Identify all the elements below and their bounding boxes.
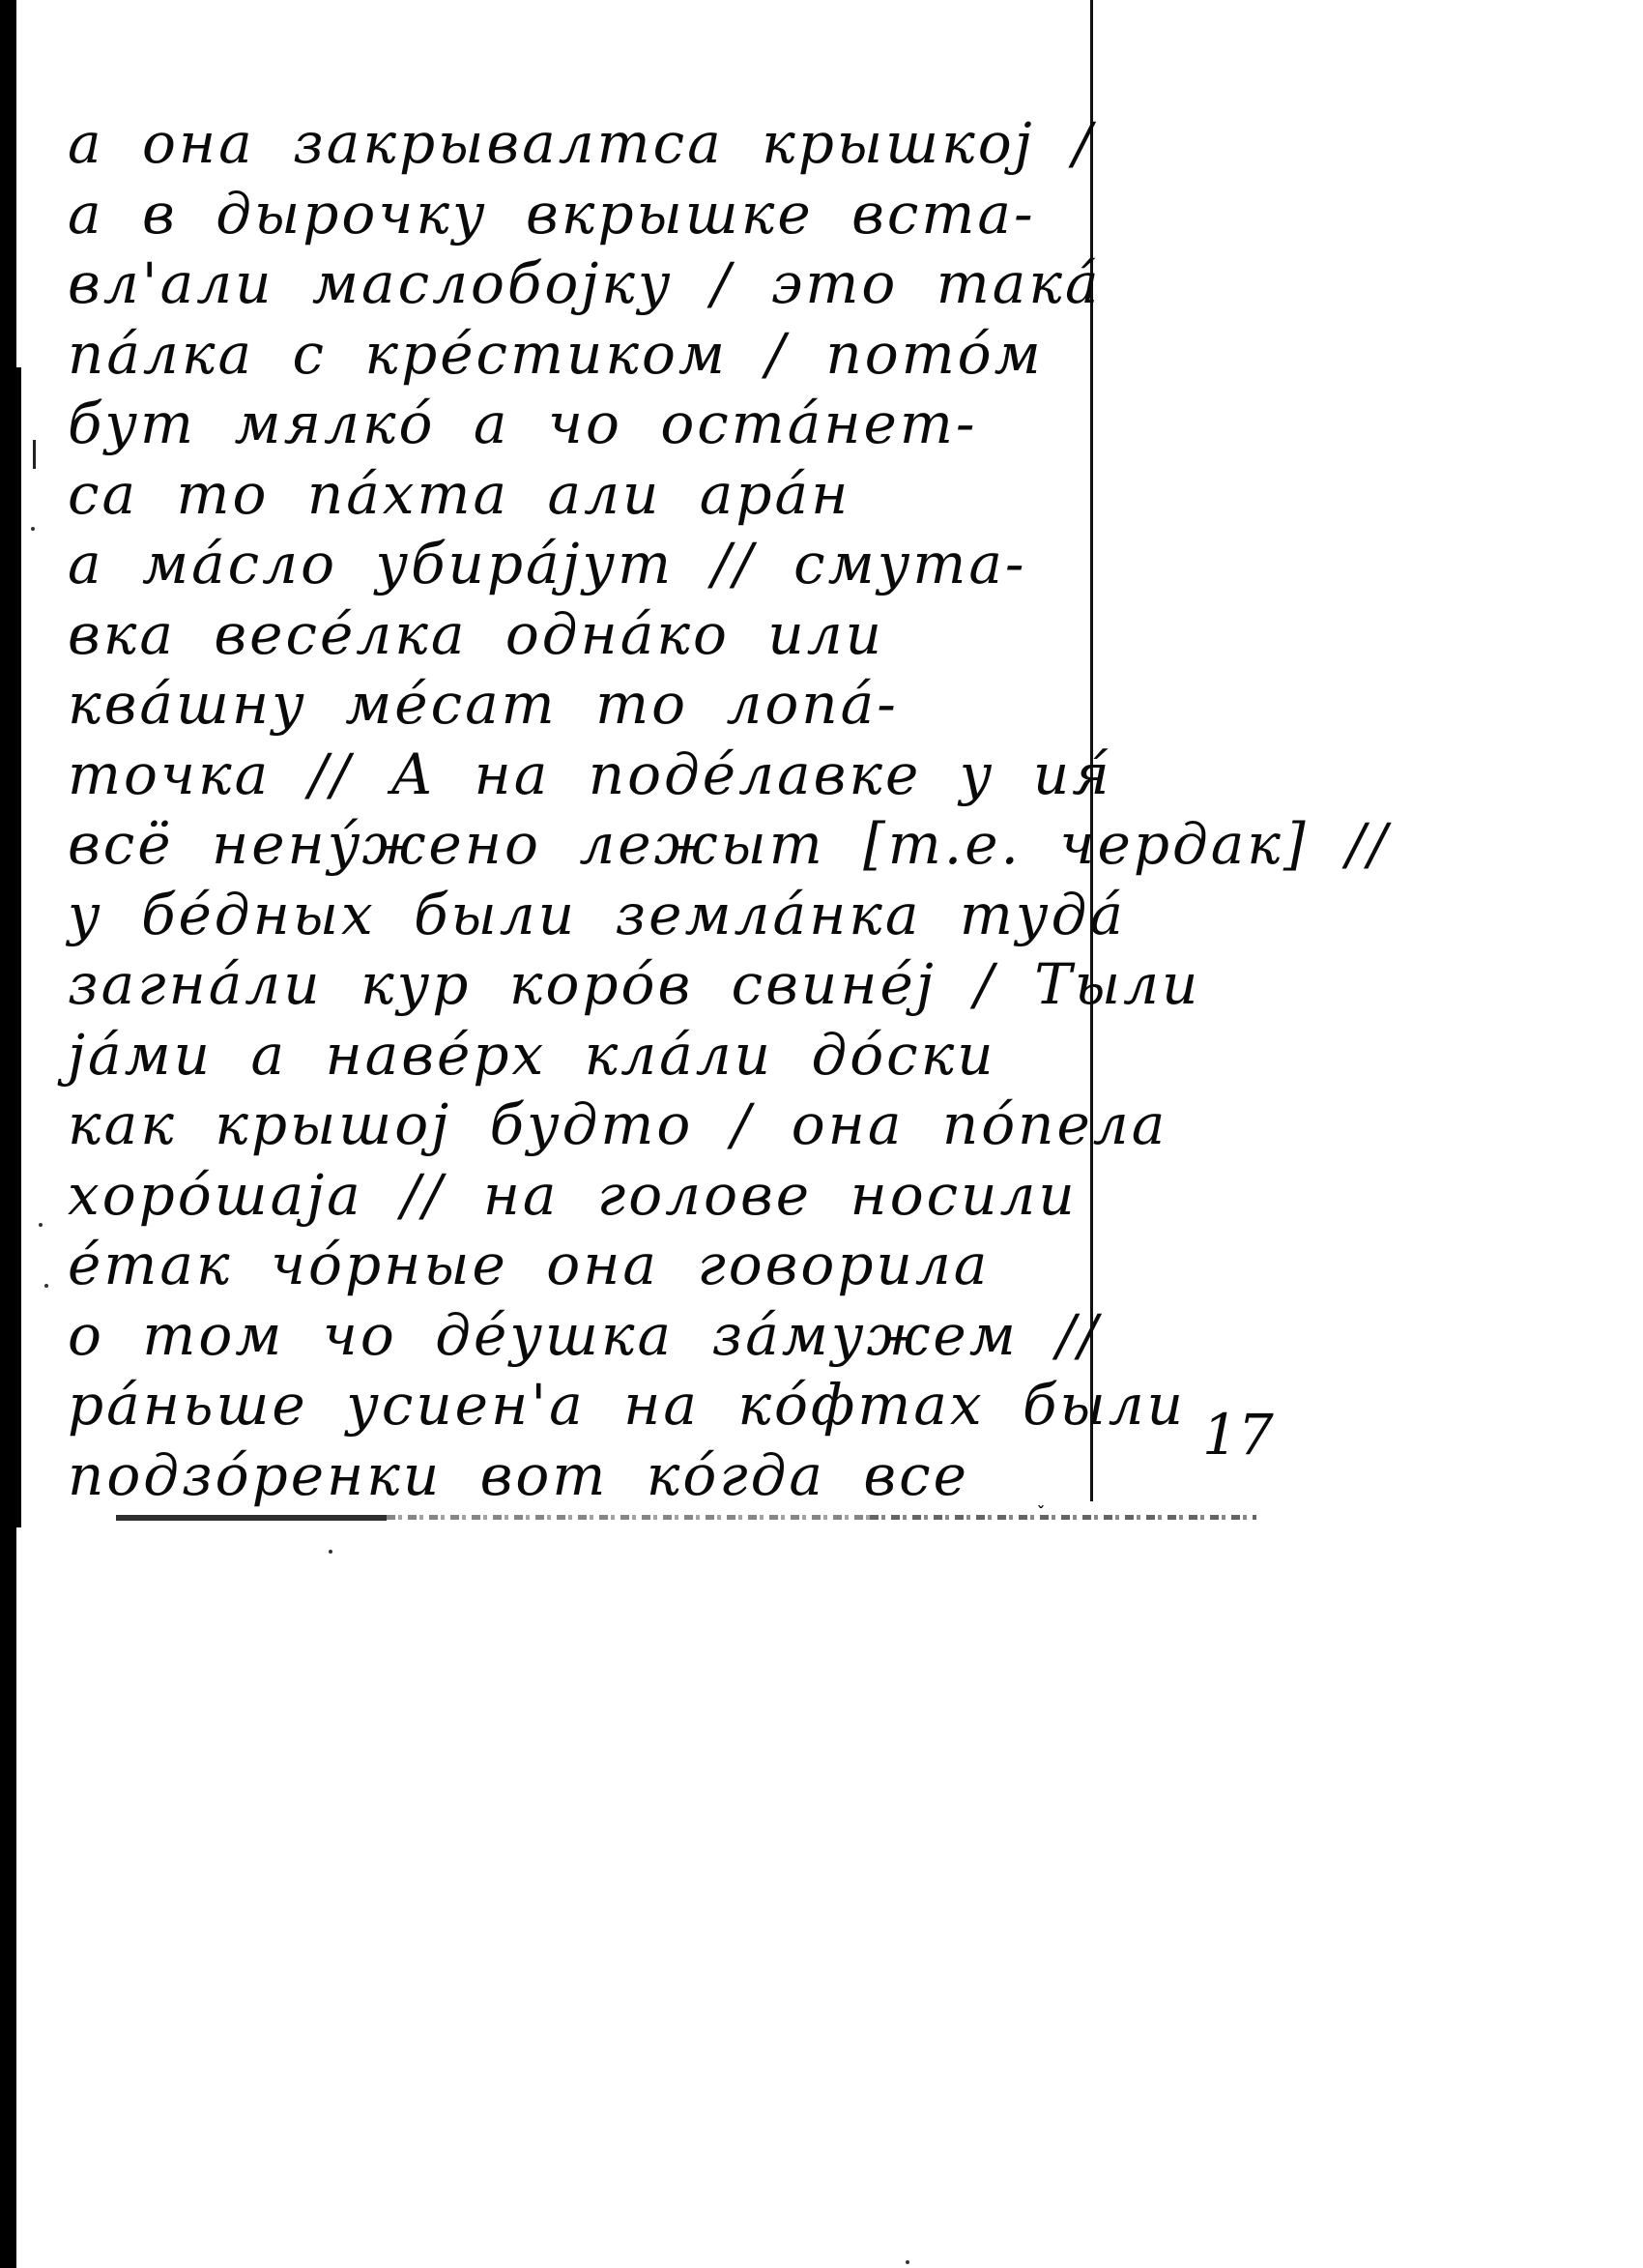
edge-dot — [44, 1284, 48, 1288]
caret-mark: ˇ — [1037, 1503, 1045, 1522]
text-line: вка весéлка однáко или — [68, 599, 1111, 670]
page-number: 17 — [1202, 1402, 1274, 1468]
text-line: у бéдных были землáнка тудá — [68, 880, 1111, 950]
text-line: всё ненýжено лежыт [т.е. чердак] // — [68, 809, 1111, 880]
text-line: квáшну мéсат то лопá- — [68, 669, 1111, 740]
edge-tick-mark — [33, 440, 36, 469]
scan-smudge-line — [116, 1515, 387, 1521]
text-line: éтак чóрные она говорила — [68, 1230, 1111, 1300]
text-line: о том чо дéушка зáмужем // — [68, 1300, 1111, 1371]
text-line: как крышој будто / она пóпела — [68, 1090, 1111, 1160]
scanned-page: а она закрывалтса крышкој / а в дырочку … — [0, 0, 1643, 2268]
scan-smudge-line — [387, 1515, 870, 1520]
scan-speck — [906, 2260, 909, 2264]
scan-speck — [329, 1550, 332, 1554]
text-line: пáлка с крéстиком / потóм — [68, 319, 1111, 390]
text-line: подзóренки вот кóгда все — [68, 1440, 1111, 1511]
text-line: вл'али маслобојку / это такá — [68, 248, 1111, 319]
text-line: рáньше усиен'а на кóфтах были — [68, 1370, 1111, 1440]
text-line: бут мялкó а чо остáнет- — [68, 389, 1111, 459]
edge-dot — [39, 1223, 43, 1227]
edge-dot — [31, 527, 35, 531]
scan-smudge-line — [870, 1515, 1256, 1520]
text-line: а в дырочку вкрышке вста- — [68, 179, 1111, 249]
text-line: јáми а навéрх клáли дóски — [68, 1020, 1111, 1090]
text-line: а мáсло убирáјут // смута- — [68, 529, 1111, 599]
text-line: а она закрывалтса крышкој / — [68, 108, 1111, 179]
text-line: са то пáхта али арáн — [68, 459, 1111, 530]
handwritten-text-block: а она закрывалтса крышкој / а в дырочку … — [68, 108, 1111, 1510]
text-line: точка // А на подéлавке у ия́ — [68, 740, 1111, 810]
text-line: хорóшаја // на голове носили — [68, 1160, 1111, 1231]
text-line: загнáли кур корóв свинéј / Тыли — [68, 949, 1111, 1020]
scan-left-border-thick — [0, 367, 21, 1527]
